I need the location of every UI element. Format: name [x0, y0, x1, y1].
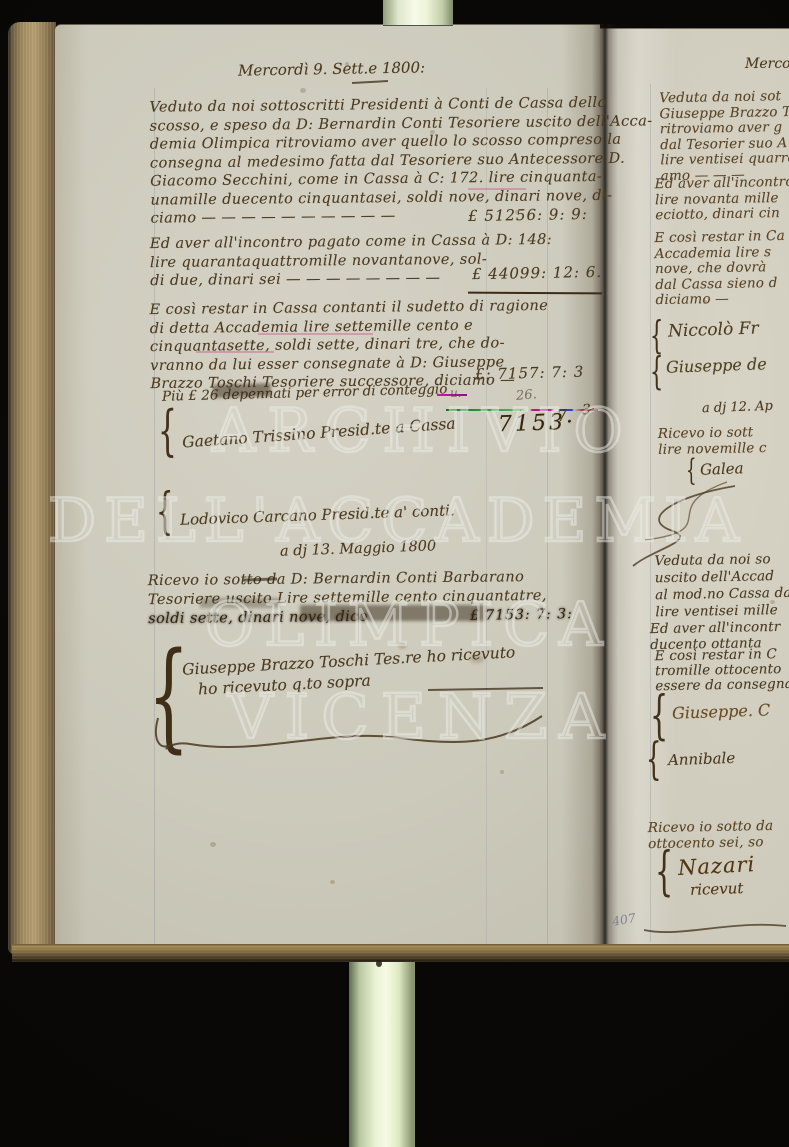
entry-date-header: Mercordì 9. Sett.e 1800: — [238, 58, 425, 79]
stain-spot — [300, 88, 306, 93]
right-signature-giuseppe-de: Giuseppe de — [666, 354, 767, 377]
amount-remainder: £: 7157: 7: 3 — [475, 363, 585, 384]
signature-brace: { — [158, 404, 177, 458]
right-signature-niccolo: Niccolò Fr — [668, 318, 759, 341]
right-signature-nazari-line2: ricevut — [690, 879, 744, 899]
right-signature-giuseppe: Giuseppe. C — [672, 700, 771, 722]
watermark-line-accademia: DELL'ACCADEMIA — [48, 486, 747, 556]
right-signature-nazari: Nazari — [677, 852, 755, 880]
manuscript-scan-photo: Mercordì 9. Sett.e 1800: Veduto da noi s… — [0, 0, 789, 1147]
watermark-line-vicenza: VICENZA — [228, 680, 616, 753]
pink-underline-mark — [468, 188, 526, 190]
right-receipt-lines: Ricevo io sott lire novemille c — [658, 425, 767, 458]
right-paragraph-3: E così restar in Ca Accademia lire s nov… — [654, 229, 786, 309]
manuscript-line: essere da consegnar — [655, 677, 789, 695]
stain-spot — [500, 770, 504, 774]
right-paragraph-4: Veduta da noi so uscito dell'Accad al mo… — [654, 551, 789, 621]
manuscript-line: eciotto, dinari cin — [655, 206, 789, 224]
manuscript-line: lire novemille c — [658, 441, 767, 458]
stain-spot — [330, 880, 335, 884]
stain-spot — [210, 842, 216, 847]
signature-brace: { — [650, 352, 663, 390]
book-page-edges-bottom — [12, 944, 789, 962]
pink-underline-mark — [258, 333, 373, 335]
right-flourish-line — [640, 900, 789, 940]
manuscript-line: lire ventisei quarrom — [660, 151, 789, 169]
pink-underline-mark — [196, 351, 274, 353]
ruler-strip-top — [383, 0, 453, 25]
stain-spot — [376, 960, 382, 967]
right-paragraph-2: Ed aver all'incontro lire novanta mille … — [655, 175, 789, 224]
ruler-strip-bottom — [349, 952, 415, 1147]
signature-brace: { — [646, 738, 661, 782]
right-paragraph-6: E così restar in C tromille ottocento es… — [655, 647, 789, 695]
manuscript-line: diciamo — — [655, 291, 786, 309]
right-signature-galea: Galea — [700, 459, 744, 479]
right-paragraph-1: Veduta da noi sot Giuseppe Brazzo T ritr… — [659, 89, 789, 185]
right-signature-annibale: Annibale — [668, 749, 736, 769]
watermark-line-archivio: ARCHIVIO — [212, 396, 635, 466]
right-entry-date-header: Merco — [745, 56, 789, 72]
right-date-line: a dj 12. Ap — [702, 399, 773, 416]
amount-total-scosso: £ 51256: 9: 9: — [468, 205, 588, 225]
signature-brace: { — [655, 846, 673, 898]
amount-total-speso: £ 44099: 12: 6. — [472, 263, 602, 283]
watermark-line-olimpica: OLIMPICA — [205, 590, 612, 660]
